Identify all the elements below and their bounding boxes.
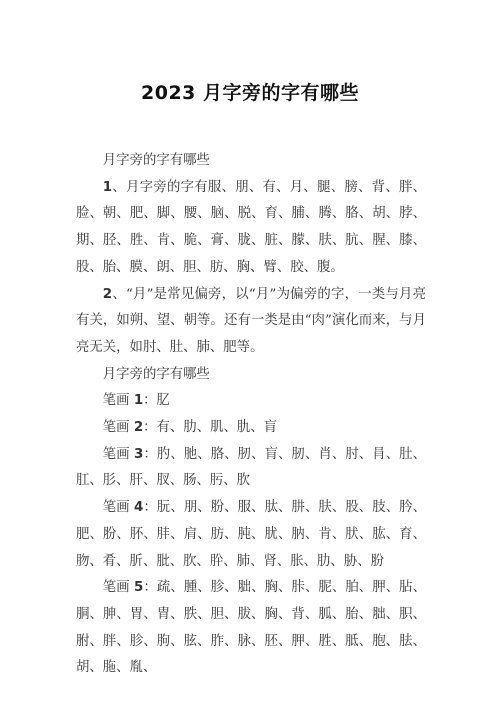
document-body: 月字旁的字有哪些 1、月字旁的字有服、朋、有、月、腿、膀、背、胖、脸、朝、肥、脚… — [76, 148, 426, 682]
stroke-2: 笔画 2：有、肋、肌、肍、肓 — [76, 415, 426, 442]
section-heading: 月字旁的字有哪些 — [76, 148, 426, 175]
document-page: 2023 月字旁的字有哪些 月字旁的字有哪些 1、月字旁的字有服、朋、有、月、腿… — [0, 0, 500, 707]
paragraph-2: 2、“月”是常见偏旁，以“月”为偏旁的字，一类与月亮有关，如朔、望、朝等。还有一… — [76, 282, 426, 362]
section-heading-2: 月字旁的字有哪些 — [76, 362, 426, 389]
stroke-5: 笔画 5：疏、腫、胗、胐、胸、胩、胒、胉、胛、胋、胴、胂、胃、胄、胅、胆、胈、胸… — [76, 575, 426, 682]
stroke-3: 笔画 3：肑、肔、胳、肕、肓、肕、肖、肘、肙、肚、肛、肜、肝、肞、肠、肟、肷 — [76, 442, 426, 495]
stroke-4: 笔画 4：朊、朋、肦、服、肽、肼、肤、股、肢、肣、肥、肦、肧、肨、肩、肪、肫、肬… — [76, 495, 426, 575]
stroke-1: 笔画 1：肊 — [76, 388, 426, 415]
paragraph-1: 1、月字旁的字有服、朋、有、月、腿、膀、背、胖、脸、朝、肥、脚、腰、脑、脱、育、… — [76, 175, 426, 282]
document-title: 2023 月字旁的字有哪些 — [0, 78, 500, 105]
